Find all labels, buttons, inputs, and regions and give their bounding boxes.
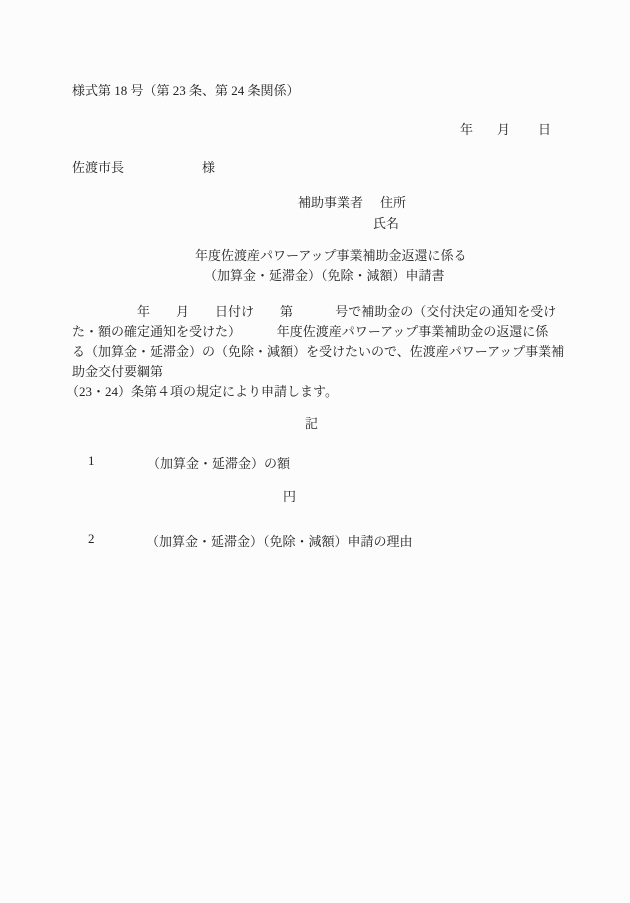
applicant-line: 補助事業者 住所 — [0, 192, 630, 210]
document-title-line2: （加算金・延滞金）（免除・減額）申請書 — [204, 267, 445, 285]
body-line: た・額の確定通知を受けた） 年度佐渡産パワーアップ事業補助金の返還に係 — [72, 322, 577, 342]
date-month-label: 月 — [497, 119, 510, 138]
document-title-line1: 年度佐渡産パワーアップ事業補助金返還に係る — [195, 247, 466, 265]
body-line: 年 月 日付け 第 号で補助金の（交付決定の通知を受け — [72, 302, 577, 322]
record-marker: 記 — [305, 415, 318, 433]
addressee-line: 佐渡市長 様 — [0, 157, 630, 175]
item-2-line: 2 （加算金・延滞金）（免除・減額）申請の理由 — [0, 531, 630, 549]
item-2-label: （加算金・延滞金）（免除・減額）申請の理由 — [146, 531, 413, 550]
addressee-honorific: 様 — [202, 157, 215, 176]
body-paragraph: 年 月 日付け 第 号で補助金の（交付決定の通知を受け た・額の確定通知を受けた… — [72, 302, 577, 402]
item-1-number: 1 — [88, 453, 95, 469]
body-line: 助金交付要綱第 — [72, 362, 577, 382]
applicant-role-label: 補助事業者 — [298, 192, 363, 211]
body-line: （23・24）条第４項の規定により申請します。 — [66, 382, 577, 402]
date-year-label: 年 — [460, 119, 473, 138]
document-page: 様式第 18 号（第 23 条、第 24 条関係） 年 月 日 佐渡市長 様 補… — [0, 0, 630, 903]
form-number: 様式第 18 号（第 23 条、第 24 条関係） — [72, 82, 300, 100]
applicant-name-line: 氏名 — [0, 213, 630, 231]
addressee-name: 佐渡市長 — [72, 157, 124, 176]
applicant-address-label: 住所 — [380, 192, 406, 211]
item-1-amount-unit: 円 — [283, 488, 296, 506]
body-line: る（加算金・延滞金）の（免除・減額）を受けたいので、佐渡産パワーアップ事業補 — [72, 342, 577, 362]
item-2-number: 2 — [88, 531, 95, 547]
applicant-name-label: 氏名 — [373, 213, 399, 232]
date-line: 年 月 日 — [0, 119, 630, 137]
item-1-line: 1 （加算金・延滞金）の額 — [0, 453, 630, 471]
item-1-label: （加算金・延滞金）の額 — [147, 453, 290, 472]
date-day-label: 日 — [538, 119, 551, 138]
